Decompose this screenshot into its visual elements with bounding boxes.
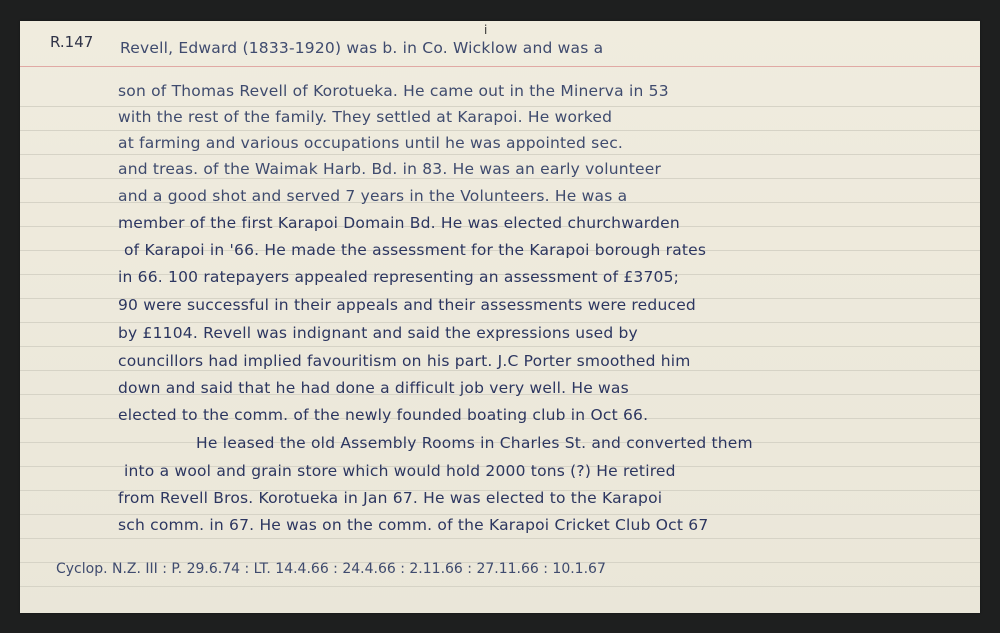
top-mark: i (484, 23, 487, 37)
text-line: elected to the comm. of the newly founde… (118, 406, 648, 424)
text-line: by £1104. Revell was indignant and said … (118, 324, 638, 342)
ruled-line (20, 130, 980, 131)
ruled-line (20, 538, 980, 539)
text-line: down and said that he had done a difficu… (118, 379, 629, 397)
text-line: and treas. of the Waimak Harb. Bd. in 83… (118, 160, 661, 178)
text-line: son of Thomas Revell of Korotueka. He ca… (118, 82, 669, 100)
index-card: i R.147 Revell, Edward (1833-1920) was b… (20, 21, 980, 613)
text-line: councillors had implied favouritism on h… (118, 352, 691, 370)
text-line: He leased the old Assembly Rooms in Char… (196, 434, 753, 452)
text-line: 90 were successful in their appeals and … (118, 296, 696, 314)
ruled-line (20, 370, 980, 371)
text-line: from Revell Bros. Korotueka in Jan 67. H… (118, 489, 662, 507)
text-line: in 66. 100 ratepayers appealed represent… (118, 268, 679, 286)
ruled-line (20, 346, 980, 347)
ruled-line (20, 106, 980, 107)
card-reference: R.147 (50, 33, 93, 51)
source-references: Cyclop. N.Z. III : P. 29.6.74 : LT. 14.4… (56, 561, 606, 577)
text-line: and a good shot and served 7 years in th… (118, 187, 627, 205)
text-line: sch comm. in 67. He was on the comm. of … (118, 516, 708, 534)
text-line: member of the first Karapoi Domain Bd. H… (118, 214, 680, 232)
text-line: of Karapoi in '66. He made the assessmen… (124, 241, 706, 259)
ruled-line (20, 178, 980, 179)
ruled-line (20, 322, 980, 323)
ruled-line (20, 586, 980, 587)
red-rule (20, 66, 980, 67)
text-line: with the rest of the family. They settle… (118, 108, 612, 126)
ruled-line (20, 514, 980, 515)
text-line: into a wool and grain store which would … (124, 462, 676, 480)
ruled-line (20, 154, 980, 155)
text-line: Revell, Edward (1833-1920) was b. in Co.… (120, 39, 603, 57)
text-line: at farming and various occupations until… (118, 134, 623, 152)
